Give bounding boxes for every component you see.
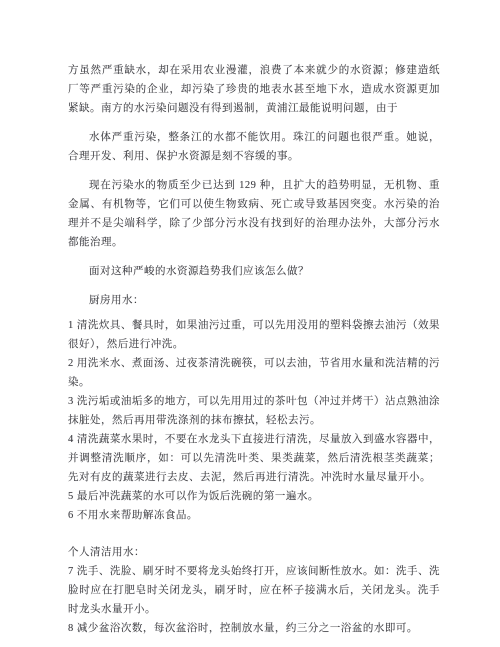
list-item: 2 用洗米水、煮面汤、过夜茶清洗碗筷，可以去油，节省用水量和洗洁精的污染。 (68, 354, 440, 392)
list-item: 4 清洗蔬菜水果时，不要在水龙头下直接进行清洗，尽量放入到盛水容器中，并调整清洗… (68, 430, 440, 487)
list-item: 8 减少盆浴次数，每次盆浴时，控制放水量，约三分之一浴盆的水即可。 (68, 619, 440, 638)
paragraph: 水体严重污染，整条江的水都不能饮用。珠江的问题也很严重。她说，合理开发、利用、保… (68, 128, 440, 166)
paragraph: 方虽然严重缺水，却在采用农业漫灌，浪费了本来就少的水资源；修建造纸厂等严重污染的… (68, 61, 440, 118)
section-heading: 厨房用水： (68, 291, 440, 310)
paragraph: 面对这种严峻的水资源趋势我们应该怎么做？ (68, 262, 440, 281)
list-item: 3 洗污垢或油垢多的地方，可以先用用过的茶叶包（冲过并烤干）沾点熟油涂抹脏处，然… (68, 392, 440, 430)
list-item: 7 洗手、洗脸、刷牙时不要将龙头始终打开，应该间断性放水。如：洗手、洗脸时应在打… (68, 562, 440, 619)
document-body: 方虽然严重缺水，却在采用农业漫灌，浪费了本来就少的水资源；修建造纸厂等严重污染的… (68, 61, 440, 638)
list-item: 5 最后冲洗蔬菜的水可以作为饭后洗碗的第一遍水。 (68, 487, 440, 506)
list-item: 6 不用水来帮助解冻食品。 (68, 506, 440, 525)
section-heading: 个人清洁用水： (68, 543, 440, 562)
scanned-page: 方虽然严重缺水，却在采用农业漫灌，浪费了本来就少的水资源；修建造纸厂等严重污染的… (0, 0, 500, 647)
paragraph: 现在污染水的物质至少已达到 129 种，且扩大的趋势明显，无机物、重金属、有机物… (68, 176, 440, 252)
list-item: 1 清洗炊具、餐具时，如果油污过重，可以先用没用的塑料袋擦去油污（效果很好），然… (68, 316, 440, 354)
